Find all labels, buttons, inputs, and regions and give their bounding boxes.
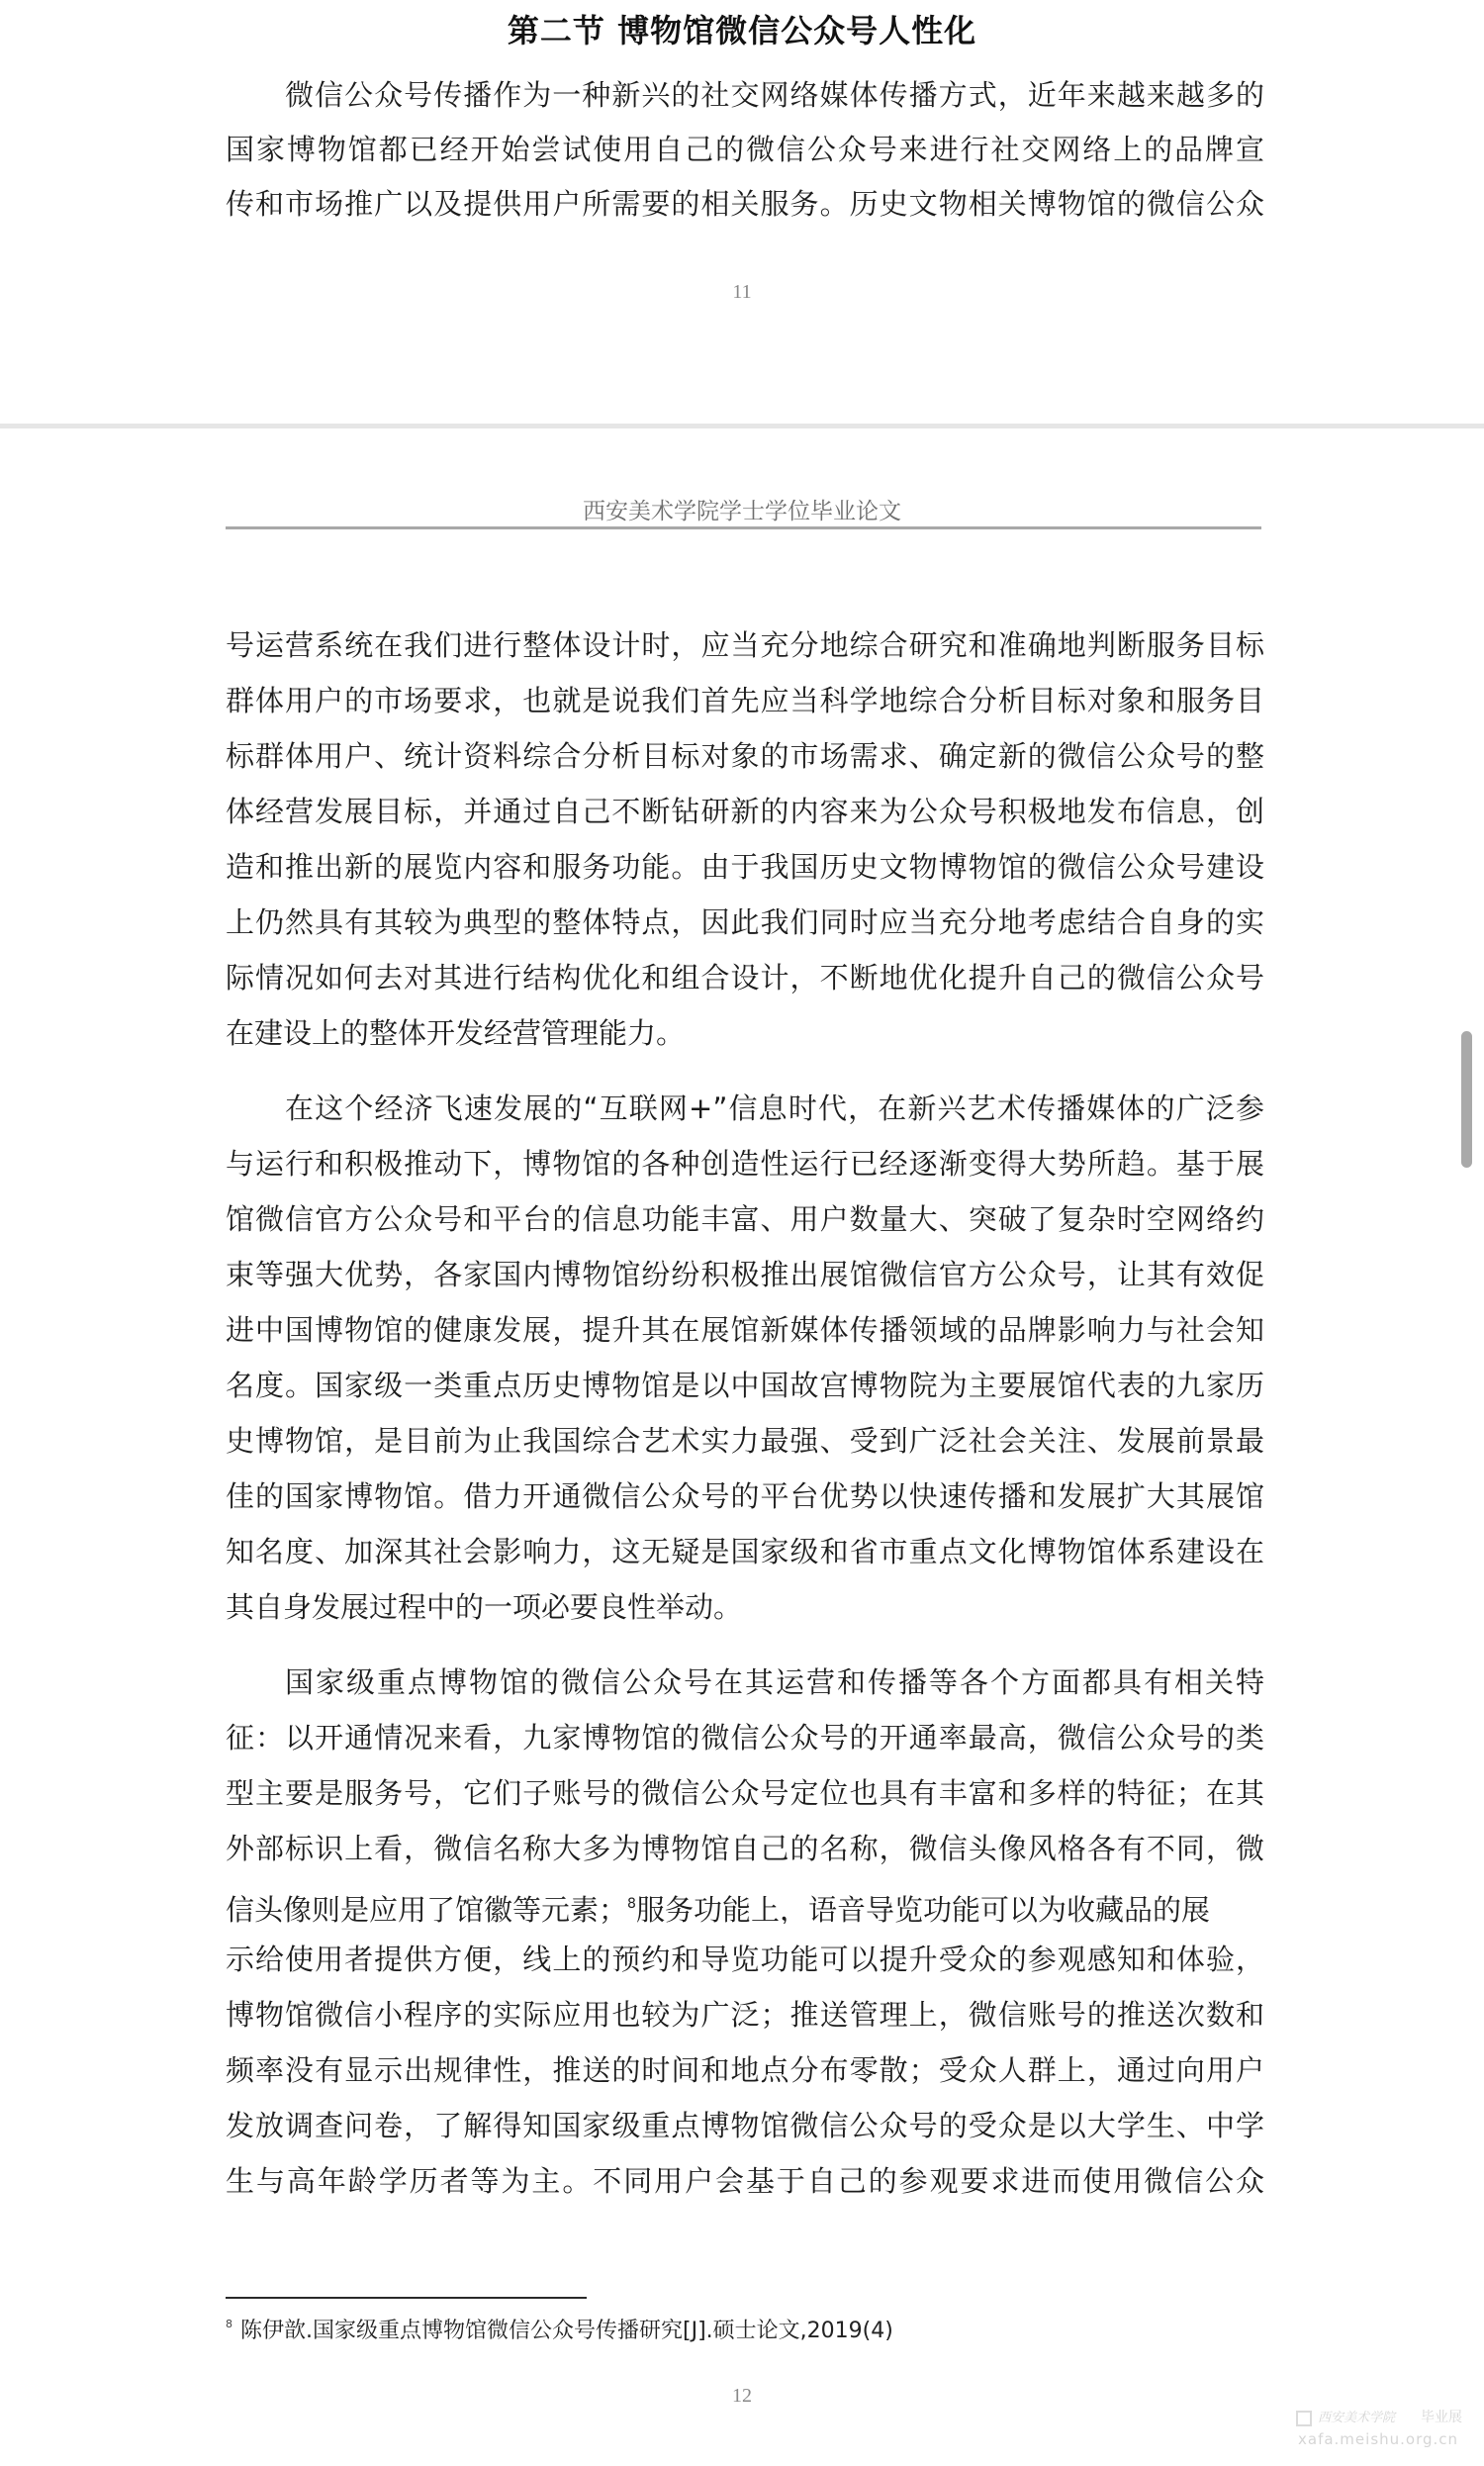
paragraph-line: 号运营系统在我们进行整体设计时，应当充分地综合研究和准确地判断服务目标 [226, 625, 1264, 665]
document-viewer: 第二节 博物馆微信公众号人性化 微信公众号传播作为一种新兴的社交网络媒体传播方式… [0, 0, 1484, 2466]
footnote-rule [226, 2297, 587, 2299]
paragraph-line: 进中国博物馆的健康发展，提升其在展馆新媒体传播领域的品牌影响力与社会知 [226, 1310, 1264, 1350]
footnote-text: 陈伊歆.国家级重点博物馆微信公众号传播研究[J].硕士论文,2019(4) [240, 2319, 893, 2343]
paragraph-line: 征：以开通情况来看，九家博物馆的微信公众号的开通率最高，微信公众号的类 [226, 1718, 1264, 1757]
page-11: 第二节 博物馆微信公众号人性化 微信公众号传播作为一种新兴的社交网络媒体传播方式… [0, 0, 1484, 424]
paragraph-line: 知名度、加深其社会影响力，这无疑是国家级和省市重点文化博物馆体系建设在 [226, 1532, 1264, 1571]
page-number: 12 [0, 2385, 1484, 2408]
paragraph-line: 频率没有显示出规律性，推送的时间和地点分布零散；受众人群上，通过向用户 [226, 2050, 1264, 2090]
paragraph-line: 示给使用者提供方便，线上的预约和导览功能可以提升受众的参观感知和体验， [226, 1940, 1264, 1979]
footnote-reference[interactable]: 8 [627, 1896, 636, 1912]
paragraph-line: 上仍然具有其较为典型的整体特点，因此我们同时应当充分地考虑结合自身的实 [226, 902, 1264, 942]
watermark: 西安美术学院 毕业展 xafa.meishu.org.cn [1296, 2407, 1474, 2456]
watermark-url: xafa.meishu.org.cn [1298, 2430, 1458, 2448]
paragraph-line: 博物馆微信小程序的实际应用也较为广泛；推送管理上，微信账号的推送次数和 [226, 1995, 1264, 2035]
paragraph-line: 在建设上的整体开发经营管理能力。 [226, 1013, 1264, 1053]
header-rule [226, 526, 1261, 529]
paragraph-line: 标群体用户、统计资料综合分析目标对象的市场需求、确定新的微信公众号的整 [226, 736, 1264, 776]
paragraph-line-with-footnote: 信头像则是应用了馆徽等元素；8服务功能上，语音导览功能可以为收藏品的展 [226, 1884, 1264, 1924]
vertical-scrollbar-thumb[interactable] [1461, 1031, 1472, 1168]
line-text: 信头像则是应用了馆徽等元素； [226, 1893, 627, 1924]
paragraph-line: 馆微信官方公众号和平台的信息功能丰富、用户数量大、突破了复杂时空网络约 [226, 1199, 1264, 1239]
running-header: 西安美术学院学士学位毕业论文 [0, 493, 1484, 525]
paragraph-line: 传和市场推广以及提供用户所需要的相关服务。历史文物相关博物馆的微信公众 [226, 184, 1264, 224]
paragraph-line: 体经营发展目标，并通过自己不断钻研新的内容来为公众号积极地发布信息，创 [226, 792, 1264, 831]
line-text: 服务功能上，语音导览功能可以为收藏品的展 [636, 1893, 1210, 1924]
page-separator [0, 424, 1484, 428]
footnote-number: 8 [226, 2318, 232, 2330]
school-logo-icon [1296, 2411, 1312, 2426]
paragraph-line: 束等强大优势，各家国内博物馆纷纷积极推出展馆微信官方公众号，让其有效促 [226, 1255, 1264, 1294]
paragraph-line: 生与高年龄学历者等为主。不同用户会基于自己的参观要求进而使用微信公众 [226, 2161, 1264, 2201]
paragraph-line: 在这个经济飞速发展的“互联网+”信息时代，在新兴艺术传播媒体的广泛参 [285, 1089, 1264, 1128]
paragraph-line: 际情况如何去对其进行结构优化和组合设计，不断地优化提升自己的微信公众号 [226, 958, 1264, 997]
section-title: 第二节 博物馆微信公众号人性化 [0, 6, 1484, 51]
paragraph-line: 微信公众号传播作为一种新兴的社交网络媒体传播方式，近年来越来越多的 [285, 75, 1264, 115]
paragraph-line: 其自身发展过程中的一项必要良性举动。 [226, 1587, 1264, 1627]
paragraph-line: 群体用户的市场要求，也就是说我们首先应当科学地综合分析目标对象和服务目 [226, 681, 1264, 720]
paragraph-line: 国家博物馆都已经开始尝试使用自己的微信公众号来进行社交网络上的品牌宣 [226, 130, 1264, 169]
watermark-label: 毕业展 [1421, 2407, 1462, 2426]
paragraph-line: 国家级重点博物馆的微信公众号在其运营和传播等各个方面都具有相关特 [285, 1662, 1264, 1702]
paragraph-line: 名度。国家级一类重点历史博物馆是以中国故宫博物院为主要展馆代表的九家历 [226, 1366, 1264, 1405]
paragraph-line: 型主要是服务号，它们子账号的微信公众号定位也具有丰富和多样的特征；在其 [226, 1773, 1264, 1813]
paragraph-line: 造和推出新的展览内容和服务功能。由于我国历史文物博物馆的微信公众号建设 [226, 847, 1264, 887]
paragraph-line: 发放调查问卷，了解得知国家级重点博物馆微信公众号的受众是以大学生、中学 [226, 2106, 1264, 2145]
paragraph-line: 外部标识上看，微信名称大多为博物馆自己的名称，微信头像风格各有不同，微 [226, 1829, 1264, 1868]
watermark-school-name: 西安美术学院 [1318, 2407, 1395, 2425]
paragraph-line: 佳的国家博物馆。借力开通微信公众号的平台优势以快速传播和发展扩大其展馆 [226, 1476, 1264, 1516]
page-number: 11 [0, 281, 1484, 304]
footnote: 8陈伊歆.国家级重点博物馆微信公众号传播研究[J].硕士论文,2019(4) [226, 2314, 893, 2344]
paragraph-line: 与运行和积极推动下，博物馆的各种创造性运行已经逐渐变得大势所趋。基于展 [226, 1144, 1264, 1184]
paragraph-line: 史博物馆，是目前为止我国综合艺术实力最强、受到广泛社会关注、发展前景最 [226, 1421, 1264, 1461]
